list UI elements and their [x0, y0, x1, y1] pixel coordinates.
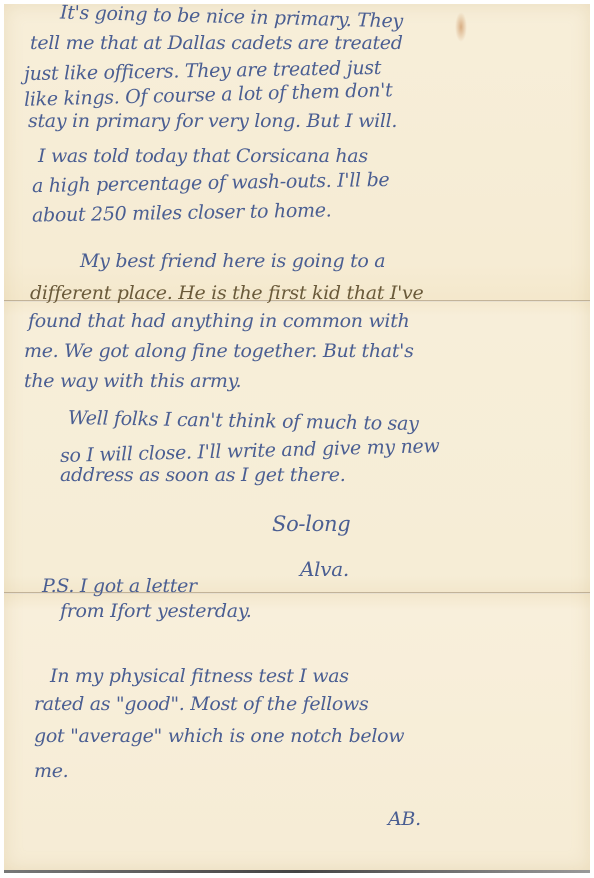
- letter-line: address as soon as I get there.: [60, 464, 345, 486]
- closing: So-long: [272, 512, 350, 536]
- signature: Alva.: [300, 557, 349, 581]
- addendum-line: me.: [34, 760, 68, 782]
- addendum-line: In my physical fitness test I was: [50, 665, 349, 687]
- postscript-line: P.S. I got a letter: [42, 575, 197, 597]
- initials: AB.: [388, 808, 421, 830]
- letter-line: me. We got along fine together. But that…: [24, 340, 414, 362]
- letter-line: the way with this army.: [24, 370, 241, 392]
- addendum-line: got "average" which is one notch below: [34, 725, 404, 747]
- letter-line: My best friend here is going to a: [80, 250, 385, 272]
- stain-mark: [455, 12, 467, 42]
- postscript-line: from Ifort yesterday.: [60, 600, 251, 622]
- letter-line: tell me that at Dallas cadets are treate…: [30, 32, 403, 54]
- letter-line: I was told today that Corsicana has: [38, 145, 368, 167]
- letter-line: different place. He is the first kid tha…: [30, 282, 423, 304]
- addendum-line: rated as "good". Most of the fellows: [34, 693, 368, 715]
- letter-line: found that had anything in common with: [28, 310, 409, 332]
- letter-line: stay in primary for very long. But I wil…: [28, 110, 397, 132]
